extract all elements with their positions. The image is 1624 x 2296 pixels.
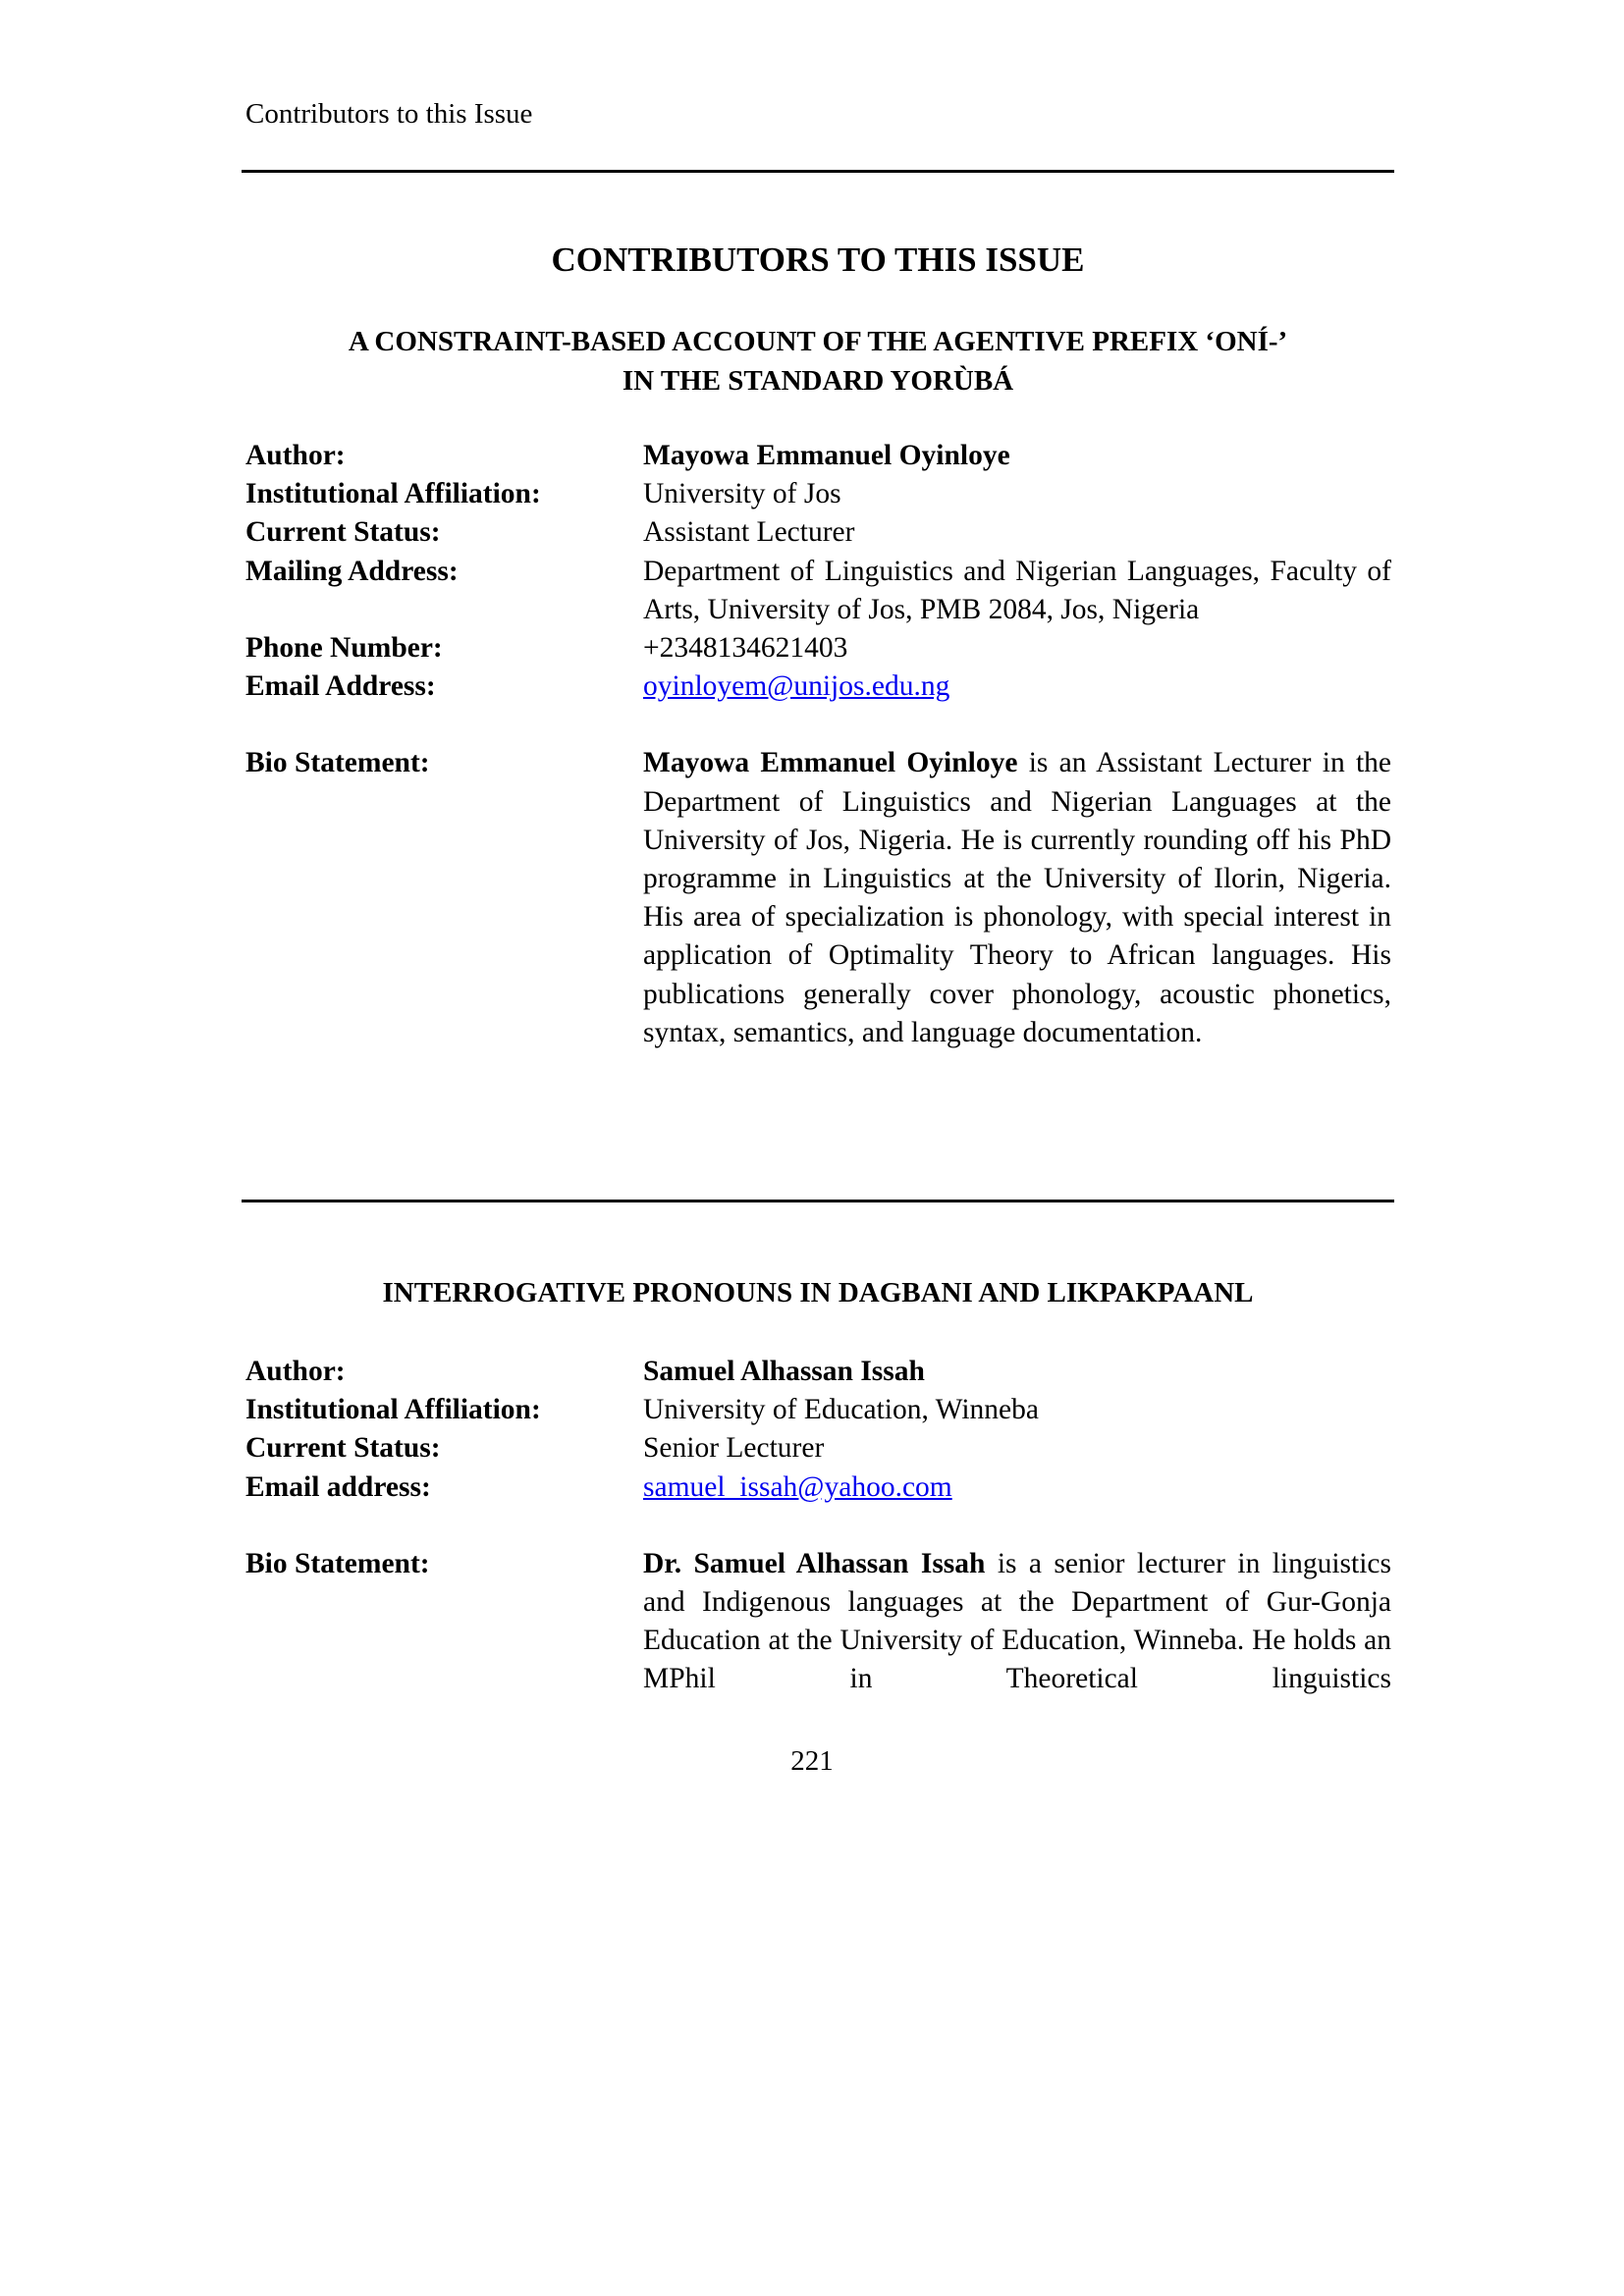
bio-name: Dr. Samuel Alhassan Issah <box>643 1548 985 1579</box>
bio-row: Bio Statement: Mayowa Emmanuel Oyinloye … <box>245 744 1394 1052</box>
article-title-line: A CONSTRAINT-BASED ACCOUNT OF THE AGENTI… <box>242 322 1394 361</box>
article-title-line: INTERROGATIVE PRONOUNS IN DAGBANI AND LI… <box>242 1273 1394 1312</box>
email-row: Email address: samuel_issah@yahoo.com <box>245 1468 1394 1507</box>
status-label: Current Status: <box>245 513 643 552</box>
bio-text: Dr. Samuel Alhassan Issah is a senior le… <box>643 1545 1391 1699</box>
author-row: Author: Mayowa Emmanuel Oyinloye <box>245 437 1394 475</box>
article-title-line: IN THE STANDARD YORÙBÁ <box>242 361 1394 400</box>
contributor-details-2: Author: Samuel Alhassan Issah Institutio… <box>245 1353 1394 1699</box>
affiliation-row: Institutional Affiliation: University of… <box>245 1391 1394 1429</box>
bio-text: Mayowa Emmanuel Oyinloye is an Assistant… <box>643 744 1391 1052</box>
status-row: Current Status: Assistant Lecturer <box>245 513 1394 552</box>
bio-row: Bio Statement: Dr. Samuel Alhassan Issah… <box>245 1545 1394 1699</box>
phone-label: Phone Number: <box>245 629 643 667</box>
document-page: Contributors to this Issue CONTRIBUTORS … <box>0 0 1624 2296</box>
status-label: Current Status: <box>245 1429 643 1468</box>
page-title: CONTRIBUTORS TO THIS ISSUE <box>242 240 1394 280</box>
article-title-2: INTERROGATIVE PRONOUNS IN DAGBANI AND LI… <box>242 1273 1394 1312</box>
bio-label: Bio Statement: <box>245 744 643 1052</box>
email-label: Email Address: <box>245 667 643 706</box>
article-title-1: A CONSTRAINT-BASED ACCOUNT OF THE AGENTI… <box>242 322 1394 400</box>
contributor-details-1: Author: Mayowa Emmanuel Oyinloye Institu… <box>245 437 1394 1052</box>
running-head: Contributors to this Issue <box>245 98 532 131</box>
header-rule <box>242 170 1394 173</box>
status-value: Senior Lecturer <box>643 1429 1391 1468</box>
author-name: Mayowa Emmanuel Oyinloye <box>643 437 1391 475</box>
email-row: Email Address: oyinloyem@unijos.edu.ng <box>245 667 1394 706</box>
bio-label: Bio Statement: <box>245 1545 643 1699</box>
email-value: samuel_issah@yahoo.com <box>643 1468 1391 1507</box>
author-label: Author: <box>245 437 643 475</box>
affiliation-label: Institutional Affiliation: <box>245 1391 643 1429</box>
author-row: Author: Samuel Alhassan Issah <box>245 1353 1394 1391</box>
affiliation-value: University of Education, Winneba <box>643 1391 1391 1429</box>
affiliation-label: Institutional Affiliation: <box>245 475 643 513</box>
mailing-row: Mailing Address: Department of Linguisti… <box>245 553 1394 629</box>
author-label: Author: <box>245 1353 643 1391</box>
author-name: Samuel Alhassan Issah <box>643 1353 1391 1391</box>
email-value: oyinloyem@unijos.edu.ng <box>643 667 1391 706</box>
phone-row: Phone Number: +2348134621403 <box>245 629 1394 667</box>
page-number: 221 <box>0 1745 1624 1778</box>
mailing-label: Mailing Address: <box>245 553 643 629</box>
mailing-value: Department of Linguistics and Nigerian L… <box>643 553 1391 629</box>
email-label: Email address: <box>245 1468 643 1507</box>
bio-body: is an Assistant Lecturer in the Departme… <box>643 747 1391 1047</box>
email-link[interactable]: oyinloyem@unijos.edu.ng <box>643 670 949 702</box>
status-row: Current Status: Senior Lecturer <box>245 1429 1394 1468</box>
section-divider <box>242 1200 1394 1202</box>
phone-value: +2348134621403 <box>643 629 1391 667</box>
affiliation-value: University of Jos <box>643 475 1391 513</box>
email-link[interactable]: samuel_issah@yahoo.com <box>643 1471 952 1503</box>
status-value: Assistant Lecturer <box>643 513 1391 552</box>
bio-name: Mayowa Emmanuel Oyinloye <box>643 747 1017 778</box>
affiliation-row: Institutional Affiliation: University of… <box>245 475 1394 513</box>
